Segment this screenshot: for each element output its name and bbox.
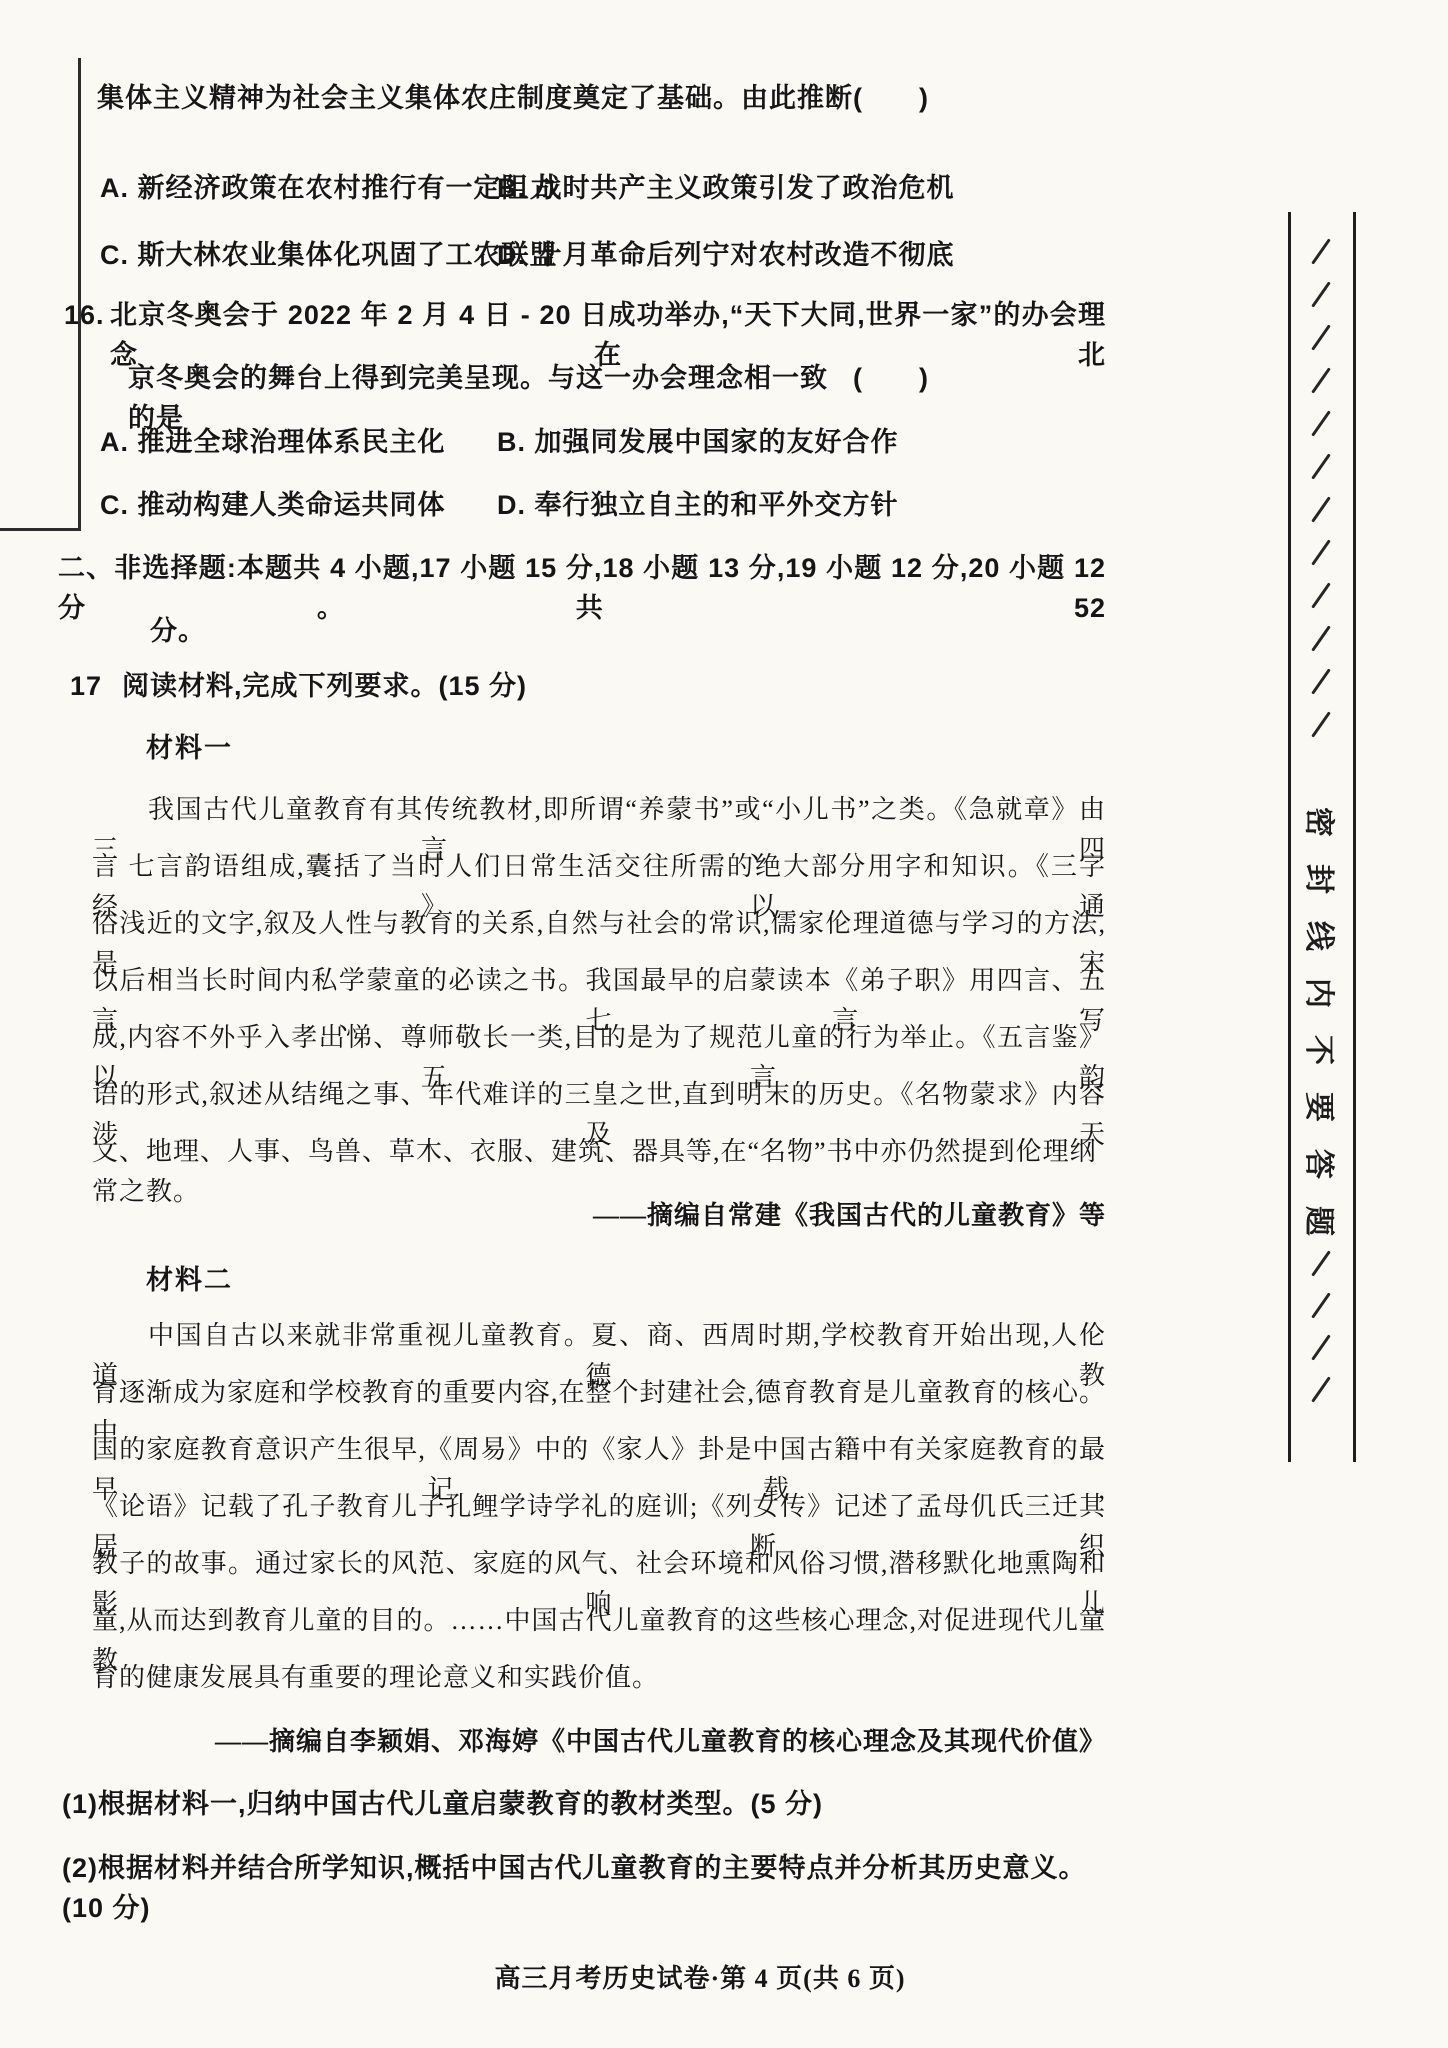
answer-option-15a: A. 新经济政策在农村推行有一定阻力 (100, 168, 558, 208)
material-1-source: ——摘编自常建《我国古代的儿童教育》等 (92, 1196, 1106, 1236)
slash-mark (1311, 582, 1331, 608)
slash-mark (1311, 1376, 1331, 1402)
answer-option-16c: C. 推动构建人类命运共同体 (100, 485, 446, 525)
seal-band: 密封线内不要答题 (1288, 212, 1356, 1462)
slash-mark (1311, 539, 1331, 565)
question-16-answer-bracket: ( ) (853, 358, 929, 398)
material-2-source: ——摘编自李颖娟、邓海婷《中国古代儿童教育的核心理念及其现代价值》 (92, 1722, 1106, 1762)
slash-mark (1311, 238, 1331, 264)
option-label: D. (497, 490, 526, 520)
slash-mark (1311, 625, 1331, 651)
option-label: A. (100, 173, 129, 203)
option-label: B. (497, 173, 526, 203)
option-text: 推进全球治理体系民主化 (138, 427, 446, 457)
section-2-header-line2: 分。 (150, 611, 206, 651)
option-label: D. (497, 240, 526, 270)
option-text: 奉行独立自主的和平外交方针 (535, 490, 899, 520)
option-text: 战时共产主义政策引发了政治危机 (535, 173, 955, 203)
seal-character: 线 (1300, 905, 1344, 967)
answer-option-16d: D. 奉行独立自主的和平外交方针 (497, 485, 899, 525)
material-2-title: 材料二 (146, 1258, 233, 1297)
slash-mark (1311, 496, 1331, 522)
slash-mark (1311, 367, 1331, 393)
option-text: 十月革命后列宁对农村改造不彻底 (535, 240, 955, 270)
seal-character: 密 (1300, 791, 1344, 853)
option-label: B. (497, 427, 526, 457)
exam-page: 集体主义精神为社会主义集体农庄制度奠定了基础。由此推断 ( ) A. 新经济政策… (0, 0, 1448, 2048)
page-footer: 高三月考历史试卷·第 4 页(共 6 页) (420, 1958, 980, 1995)
left-fold-line (78, 58, 81, 530)
seal-character: 内 (1300, 962, 1344, 1024)
option-text: 加强同发展中国家的友好合作 (535, 427, 899, 457)
slash-mark (1311, 668, 1331, 694)
slash-mark (1311, 281, 1331, 307)
slash-mark (1311, 1334, 1331, 1360)
slash-mark (1311, 324, 1331, 350)
option-text: 斯大林农业集体化巩固了工农联盟 (138, 240, 558, 270)
slash-mark (1311, 711, 1331, 737)
option-text: 新经济政策在农村推行有一定阻力 (138, 173, 558, 203)
question-15-answer-bracket: ( ) (853, 78, 929, 118)
seal-character: 要 (1300, 1076, 1344, 1138)
slash-mark (1311, 1250, 1331, 1276)
option-text: 推动构建人类命运共同体 (138, 490, 446, 520)
option-label: C. (100, 490, 129, 520)
answer-option-16b: B. 加强同发展中国家的友好合作 (497, 422, 899, 462)
answer-option-15b: B. 战时共产主义政策引发了政治危机 (497, 168, 955, 208)
left-fold-line-bottom (0, 528, 81, 531)
material-1-title: 材料一 (146, 726, 233, 765)
seal-character: 不 (1300, 1019, 1344, 1081)
material-2-line: 育的健康发展具有重要的理论意义和实践价值。 (92, 1658, 1106, 1698)
question-17-number: 17 (70, 666, 102, 706)
slash-mark (1311, 1292, 1331, 1318)
question-17-subquestion-1: (1)根据材料一,归纳中国古代儿童启蒙教育的教材类型。(5 分) (62, 1784, 1106, 1824)
seal-character: 题 (1300, 1190, 1344, 1252)
slash-mark (1311, 410, 1331, 436)
question-16-number: 16. (64, 295, 105, 335)
slash-mark (1311, 453, 1331, 479)
seal-character: 封 (1300, 848, 1344, 910)
seal-character: 答 (1300, 1133, 1344, 1195)
question-17-intro: 阅读材料,完成下列要求。(15 分) (122, 666, 527, 706)
answer-option-15d: D. 十月革命后列宁对农村改造不彻底 (497, 235, 955, 275)
section-2-header-line1: 二、非选择题:本题共 4 小题,17 小题 15 分,18 小题 13 分,19… (58, 548, 1106, 628)
answer-option-15c: C. 斯大林农业集体化巩固了工农联盟 (100, 235, 558, 275)
option-label: C. (100, 240, 129, 270)
question-15-stem: 集体主义精神为社会主义集体农庄制度奠定了基础。由此推断 (97, 78, 857, 118)
question-17-subquestion-2: (2)根据材料并结合所学知识,概括中国古代儿童教育的主要特点并分析其历史意义。(… (62, 1848, 1122, 1928)
option-label: A. (100, 427, 129, 457)
answer-option-16a: A. 推进全球治理体系民主化 (100, 422, 446, 462)
